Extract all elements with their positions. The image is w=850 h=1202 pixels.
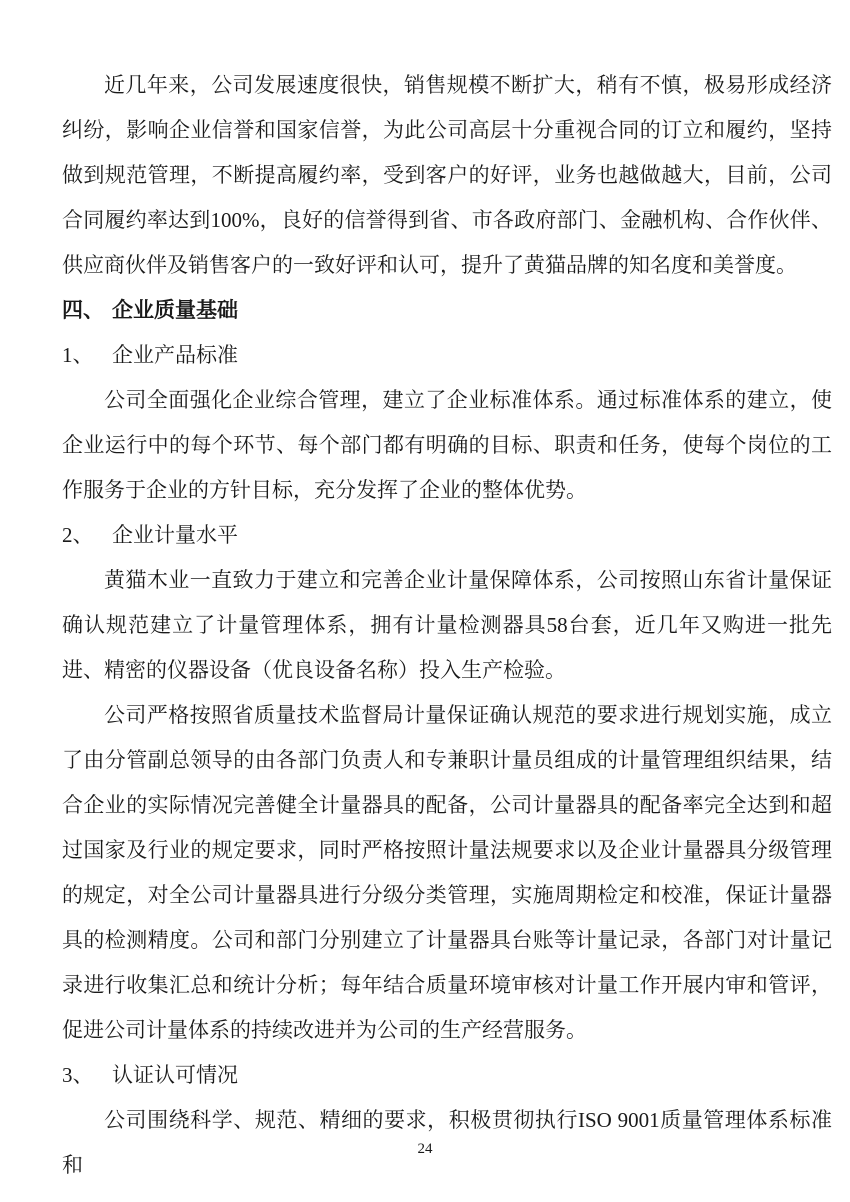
list-item-number: 2、 <box>62 513 112 558</box>
list-item-certification: 3、认证认可情况 <box>62 1053 832 1098</box>
paragraph-metrology-system: 黄猫木业一直致力于建立和完善企业计量保障体系，公司按照山东省计量保证确认规范建立… <box>62 558 832 693</box>
list-item-product-standard: 1、企业产品标准 <box>62 333 832 378</box>
paragraph-contract-reputation: 近几年来，公司发展速度很快，销售规模不断扩大，稍有不慎，极易形成经济纠纷，影响企… <box>62 63 832 288</box>
list-item-number: 3、 <box>62 1053 112 1098</box>
section-heading-label: 企业质量基础 <box>112 298 238 322</box>
document-page: { "content": { "blocks": [ { "type": "pa… <box>0 0 850 1202</box>
document-body: 近几年来，公司发展速度很快，销售规模不断扩大，稍有不慎，极易形成经济纠纷，影响企… <box>62 63 832 1188</box>
list-item-number: 1、 <box>62 333 112 378</box>
paragraph-metrology-management: 公司严格按照省质量技术监督局计量保证确认规范的要求进行规划实施，成立了由分管副总… <box>62 693 832 1053</box>
paragraph-standard-system: 公司全面强化企业综合管理，建立了企业标准体系。通过标准体系的建立，使企业运行中的… <box>62 378 832 513</box>
page-number: 24 <box>0 1138 850 1160</box>
section-heading-number: 四、 <box>62 288 112 333</box>
list-item-label: 企业计量水平 <box>112 523 238 547</box>
list-item-metrology-level: 2、企业计量水平 <box>62 513 832 558</box>
list-item-label: 认证认可情况 <box>112 1063 238 1087</box>
list-item-label: 企业产品标准 <box>112 343 238 367</box>
section-heading-quality-foundation: 四、企业质量基础 <box>62 288 832 333</box>
